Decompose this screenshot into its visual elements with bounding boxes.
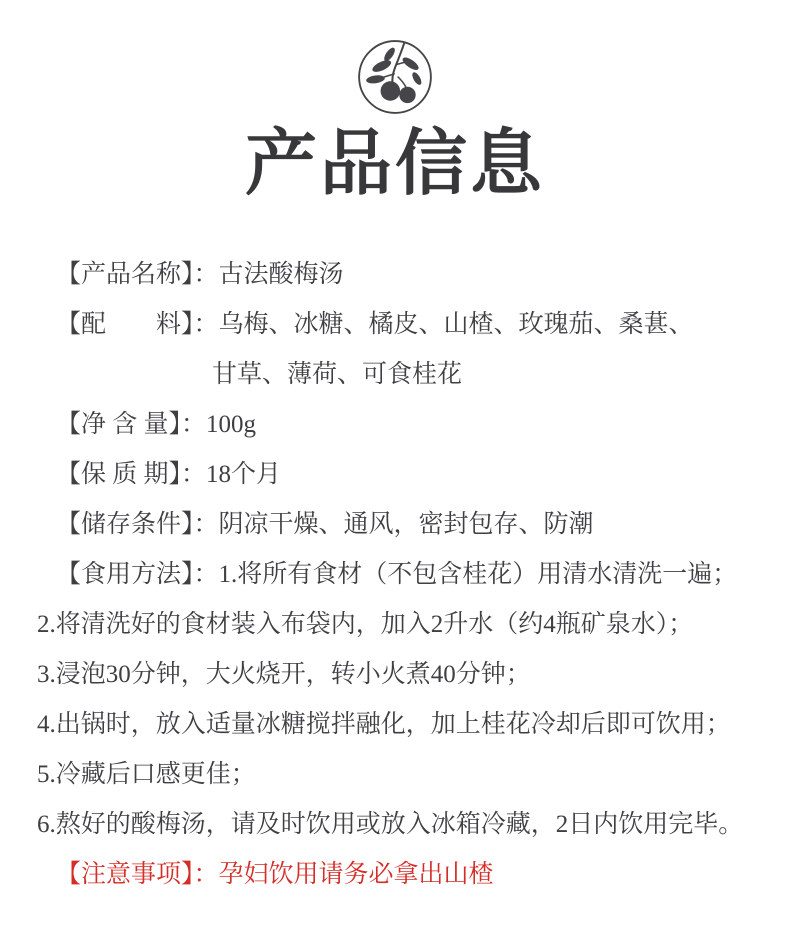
- warning-row-label: 【注意事项】: [56, 861, 194, 888]
- info-row-shelf-life: 【保 质 期】：18个月: [0, 450, 790, 500]
- info-row-net-weight: 【净 含 量】：100g: [0, 400, 790, 450]
- brand-logo: [0, 0, 790, 116]
- info-row-value: 6.熬好的酸梅汤，请及时饮用或放入冰箱冷藏，2日内饮用完毕。: [37, 811, 743, 838]
- info-row-storage: 【储存条件】：阴凉干燥、通风，密封包存、防潮: [0, 500, 790, 550]
- info-row-ingredients-continued: 甘草、薄荷、可食桂花: [0, 350, 790, 400]
- product-info-page: 产品信息 【产品名称】：古法酸梅汤 【配 料】：乌梅、冰糖、橘皮、山楂、玫瑰茄、…: [0, 0, 790, 938]
- product-info-list: 【产品名称】：古法酸梅汤 【配 料】：乌梅、冰糖、橘皮、山楂、玫瑰茄、桑葚、 甘…: [0, 250, 790, 900]
- info-row-product-name: 【产品名称】：古法酸梅汤: [0, 250, 790, 300]
- info-row-usage-step-4: 4.出锅时，放入适量冰糖搅拌融化，加上桂花冷却后即可饮用；: [0, 700, 790, 750]
- info-row-usage-step-2: 2.将清洗好的食材装入布袋内，加入2升水（约4瓶矿泉水）；: [0, 600, 790, 650]
- info-row-value: 2.将清洗好的食材装入布袋内，加入2升水（约4瓶矿泉水）；: [37, 611, 693, 638]
- info-row-value: ：100g: [181, 411, 256, 438]
- info-row-label: 【食用方法】: [56, 561, 194, 588]
- warning-row: 【注意事项】：孕妇饮用请务必拿出山楂: [0, 850, 790, 900]
- page-title: 产品信息: [0, 124, 790, 204]
- info-row-usage-step-5: 5.冷藏后口感更佳；: [0, 750, 790, 800]
- info-row-value: 甘草、薄荷、可食桂花: [212, 361, 462, 388]
- info-row-label: 【净 含 量】: [56, 411, 181, 438]
- info-row-label: 【产品名称】: [56, 261, 194, 288]
- info-row-usage-step-6: 6.熬好的酸梅汤，请及时饮用或放入冰箱冷藏，2日内饮用完毕。: [0, 800, 790, 850]
- info-row-value: ：乌梅、冰糖、橘皮、山楂、玫瑰茄、桑葚、: [194, 311, 694, 338]
- info-row-ingredients: 【配 料】：乌梅、冰糖、橘皮、山楂、玫瑰茄、桑葚、: [0, 300, 790, 350]
- warning-row-value: ：孕妇饮用请务必拿出山楂: [194, 861, 494, 888]
- info-row-usage-step-1: 【食用方法】：1.将所有食材（不包含桂花）用清水清洗一遍；: [0, 550, 790, 600]
- info-row-value: ：阴凉干燥、通风，密封包存、防潮: [194, 511, 594, 538]
- info-row-label: 【储存条件】: [56, 511, 194, 538]
- info-row-value: 3.浸泡30分钟，大火烧开，转小火煮40分钟；: [37, 661, 531, 688]
- info-row-label: 【配 料】: [56, 311, 194, 338]
- info-row-label: 【保 质 期】: [56, 461, 181, 488]
- info-row-value: 5.冷藏后口感更佳；: [37, 761, 256, 788]
- plum-branch-icon: [356, 38, 434, 116]
- info-row-value: ：18个月: [181, 461, 281, 488]
- info-row-usage-step-3: 3.浸泡30分钟，大火烧开，转小火煮40分钟；: [0, 650, 790, 700]
- info-row-value: ：古法酸梅汤: [194, 261, 344, 288]
- info-row-value: 4.出锅时，放入适量冰糖搅拌融化，加上桂花冷却后即可饮用；: [37, 711, 731, 738]
- info-row-value: ：1.将所有食材（不包含桂花）用清水清洗一遍；: [194, 561, 738, 588]
